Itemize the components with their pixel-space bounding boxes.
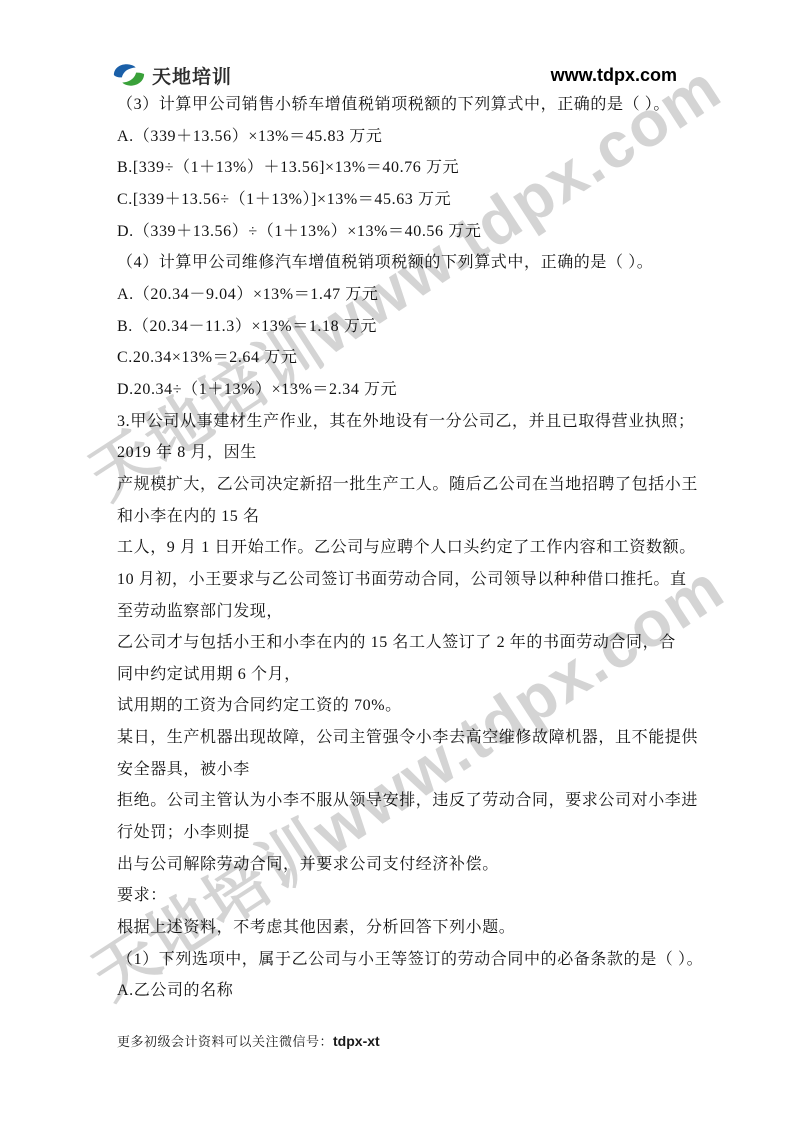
text-line: 至劳动监察部门发现，	[117, 596, 681, 628]
text-line: B.（20.34－11.3）×13%＝1.18 万元	[117, 311, 681, 343]
page-footer: 更多初级会计资料可以关注微信号：tdpx-xt	[117, 1031, 380, 1050]
text-line: 某日，生产机器出现故障，公司主管强令小李去高空维修故障机器，且不能提供	[117, 722, 681, 754]
footer-text: 更多初级会计资料可以关注微信号：	[117, 1034, 333, 1049]
text-line: 要求：	[117, 880, 681, 912]
text-line: 产规模扩大，乙公司决定新招一批生产工人。随后乙公司在当地招聘了包括小王	[117, 469, 681, 501]
text-line: 行处罚；小李则提	[117, 817, 681, 849]
text-line: 工人，9 月 1 日开始工作。乙公司与应聘个人口头约定了工作内容和工资数额。	[117, 532, 681, 564]
text-line: （4）计算甲公司维修汽车增值税销项税额的下列算式中，正确的是（ ）。	[117, 247, 681, 279]
text-line: 试用期的工资为合同约定工资的 70%。	[117, 690, 681, 722]
text-line: A.（339＋13.56）×13%＝45.83 万元	[117, 121, 681, 153]
website-url: www.tdpx.com	[551, 65, 677, 86]
text-line: D.（339＋13.56）÷（1＋13%）×13%＝40.56 万元	[117, 216, 681, 248]
text-line: 3.甲公司从事建材生产作业，其在外地设有一分公司乙，并且已取得营业执照；	[117, 406, 681, 438]
page-header: 天地培训 www.tdpx.com	[112, 58, 677, 92]
text-line: 根据上述资料，不考虑其他因素，分析回答下列小题。	[117, 912, 681, 944]
text-line: C.[339＋13.56÷（1＋13%）]×13%＝45.63 万元	[117, 184, 681, 216]
text-line: 乙公司才与包括小王和小李在内的 15 名工人签订了 2 年的书面劳动合同，合	[117, 627, 681, 659]
text-line: 安全器具，被小李	[117, 754, 681, 786]
text-line: A.乙公司的名称	[117, 975, 681, 1007]
text-line: B.[339÷（1＋13%）＋13.56]×13%＝40.76 万元	[117, 152, 681, 184]
text-line: 出与公司解除劳动合同，并要求公司支付经济补偿。	[117, 849, 681, 881]
text-line: D.20.34÷（1＋13%）×13%＝2.34 万元	[117, 374, 681, 406]
logo-text: 天地培训	[152, 62, 232, 89]
text-line: 拒绝。公司主管认为小李不服从领导安排，违反了劳动合同，要求公司对小李进	[117, 785, 681, 817]
text-line: （3）计算甲公司销售小轿车增值税销项税额的下列算式中，正确的是（ ）。	[117, 89, 681, 121]
text-line: 2019 年 8 月，因生	[117, 437, 681, 469]
text-line: 10 月初，小王要求与乙公司签订书面劳动合同，公司领导以种种借口推托。直	[117, 564, 681, 596]
brand-logo: 天地培训	[112, 60, 232, 90]
text-line: 和小李在内的 15 名	[117, 501, 681, 533]
text-line: 同中约定试用期 6 个月，	[117, 659, 681, 691]
document-body: （3）计算甲公司销售小轿车增值税销项税额的下列算式中，正确的是（ ）。A.（33…	[117, 89, 681, 1007]
text-line: C.20.34×13%＝2.64 万元	[117, 342, 681, 374]
swirl-logo-icon	[112, 60, 146, 90]
document-page: 天地培训www.tdpx.com 天地培训www.tdpx.com 天地培训 w…	[0, 0, 793, 1122]
text-line: （1）下列选项中，属于乙公司与小王等签订的劳动合同中的必备条款的是（ ）。	[117, 944, 681, 976]
wechat-id: tdpx-xt	[333, 1033, 380, 1049]
text-line: A.（20.34－9.04）×13%＝1.47 万元	[117, 279, 681, 311]
